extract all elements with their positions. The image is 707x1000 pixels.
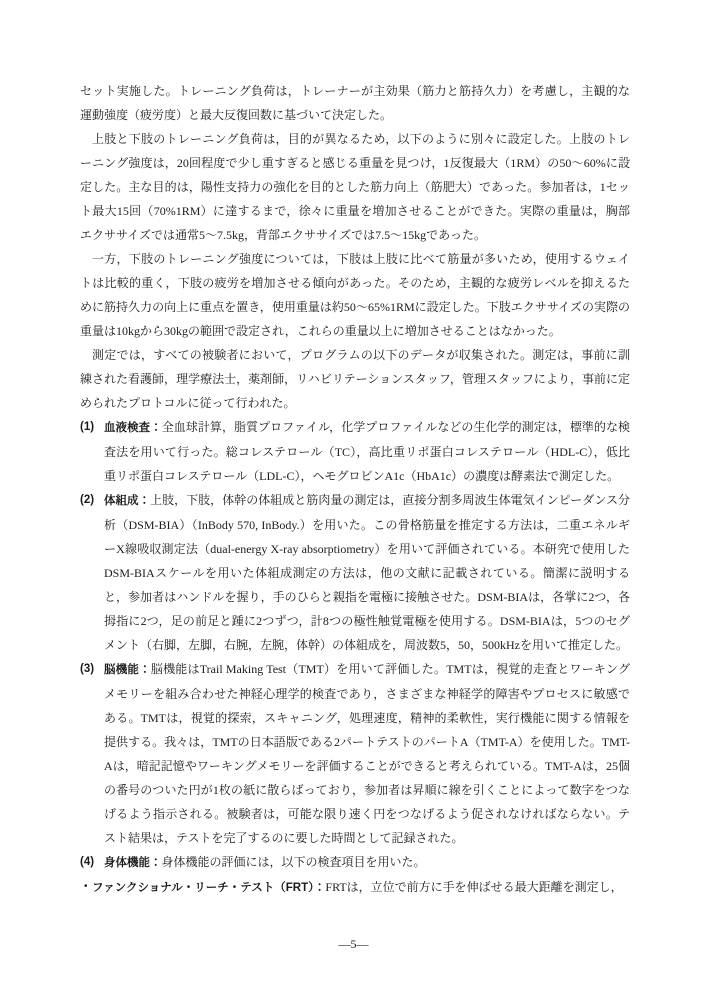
list-item-blood-test: (1)血液検査：全血球計算，脂質プロファイル，化学プロファイルなどの生化学的測定… bbox=[80, 415, 630, 488]
list-item-brain-function: (3)脳機能：脳機能はTrail Making Test（TMT）を用いて評価し… bbox=[80, 657, 630, 850]
list-item-title: 身体機能 bbox=[104, 857, 150, 869]
list-item-colon: ： bbox=[150, 422, 162, 434]
list-item-colon: ： bbox=[139, 495, 151, 507]
paragraph: 上肢と下肢のトレーニング負荷は，目的が異なるため，以下のように別々に設定した。上… bbox=[80, 127, 630, 247]
page-number: —5— bbox=[0, 936, 707, 952]
bullet-item-title: ファンクショナル・リーチ・テスト（FRT） bbox=[92, 882, 314, 894]
list-item-number: (3) bbox=[80, 657, 94, 681]
page-body-text: セット実施した。トレーニング負荷は，トレーナーが主効果（筋力と筋持久力）を考慮し… bbox=[80, 79, 630, 900]
list-item-text: 上肢，下肢，体幹の体組成と筋肉量の測定は，直接分割多周波生体電気インピーダンス分… bbox=[104, 493, 630, 652]
bullet-icon: ・ bbox=[80, 875, 92, 899]
paragraph: 一方，下肢のトレーニング強度については，下肢は上肢に比べて筋量が多いため，使用す… bbox=[80, 247, 630, 343]
list-item-colon: ： bbox=[150, 857, 162, 869]
list-item-title: 血液検査 bbox=[104, 422, 150, 434]
list-item-number: (4) bbox=[80, 850, 94, 874]
list-item-colon: ： bbox=[139, 664, 151, 676]
list-item-title: 体組成 bbox=[104, 495, 139, 507]
paragraph: セット実施した。トレーニング負荷は，トレーナーが主効果（筋力と筋持久力）を考慮し… bbox=[80, 79, 630, 127]
list-item-number: (2) bbox=[80, 488, 94, 512]
bullet-item-colon: ： bbox=[314, 882, 326, 894]
list-item-text: 身体機能の評価には，以下の検査項目を用いた。 bbox=[162, 855, 426, 869]
bullet-item-text: FRTは，立位で前方に手を伸ばせる最大距離を測定し， bbox=[325, 880, 622, 894]
list-item-title: 脳機能 bbox=[104, 664, 139, 676]
list-item-physical-function: (4)身体機能：身体機能の評価には，以下の検査項目を用いた。 bbox=[80, 850, 630, 875]
bullet-item-functional-reach-test: ・ファンクショナル・リーチ・テスト（FRT）：FRTは，立位で前方に手を伸ばせる… bbox=[80, 875, 630, 900]
list-item-text: 全血球計算，脂質プロファイル，化学プロファイルなどの生化学的測定は，標準的な検査… bbox=[104, 420, 630, 483]
list-item-body-composition: (2)体組成：上肢，下肢，体幹の体組成と筋肉量の測定は，直接分割多周波生体電気イ… bbox=[80, 488, 630, 657]
list-item-text: 脳機能はTrail Making Test（TMT）を用いて評価した。TMTは，… bbox=[104, 662, 630, 845]
paper-page: セット実施した。トレーニング負荷は，トレーナーが主効果（筋力と筋持久力）を考慮し… bbox=[0, 0, 707, 1000]
list-item-number: (1) bbox=[80, 415, 94, 439]
paragraph: 測定では，すべての被験者において，プログラムの以下のデータが収集された。測定は，… bbox=[80, 343, 630, 415]
